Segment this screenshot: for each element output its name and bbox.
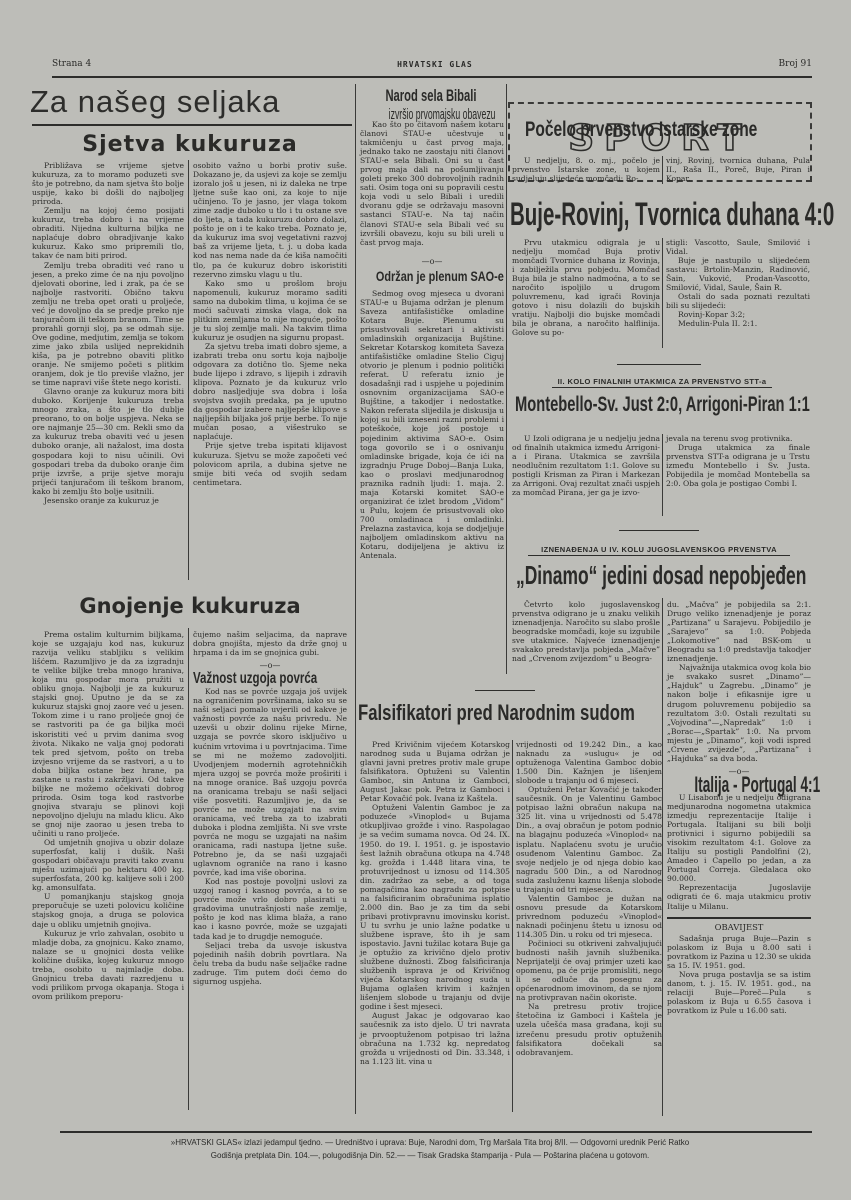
buje-col2: stigli: Vascotto, Saule, Smilović i Vida… <box>666 238 810 328</box>
paragraph: Pred Krivičnim vijećem Kotarskog narodno… <box>360 740 510 803</box>
article-title-italija: Italija - Portugal 4:1 <box>694 780 783 789</box>
falsifikatori-col1: Pred Krivičnim vijećem Kotarskog narodno… <box>360 740 510 1066</box>
dinamo-headline: „Dinamo“ jedini dosad nepobjeđen <box>516 560 826 591</box>
article-title-buje: Buje-Rovinj, Tvornica duhana 4:0 <box>510 196 708 233</box>
paragraph: osobito važno u borbi protiv suše. Dokaz… <box>193 161 347 279</box>
paragraph: Sedmog ovog mjeseca u dvorani STAU-e u B… <box>360 289 504 560</box>
column-divider <box>355 84 356 1114</box>
imprint-line-2: Godišnja pretplata Din. 104.—, polugodiš… <box>60 1149 800 1162</box>
article-title-istra: Počelo prvenstvo Istarske zone <box>525 118 747 142</box>
article-title-falsifikatori: Falsifikatori pred Narodnim sudom <box>358 700 594 726</box>
imprint-line-1: »HRVATSKI GLAS« izlazi jedampul tjedno. … <box>60 1136 800 1149</box>
result-line: Rovinj-Kopar 3:2; <box>666 310 810 319</box>
article-title-sjetva: Sjetva kukuruza <box>30 132 350 157</box>
bibali-headline: Narod sela Bibali izvršio prvomajsku oba… <box>358 86 504 123</box>
paragraph: Glavno oranje za kukuruz mora biti dubok… <box>32 387 184 496</box>
paragraph: Buje je nastupilo u slijedećem sastavu: … <box>666 256 810 292</box>
paragraph: Valentin Gamboc je dužan na osnovu presu… <box>516 894 662 939</box>
banner-rule <box>32 124 352 126</box>
paragraph: Sadašnja pruga Buje—Pazin s polaskom iz … <box>667 934 811 970</box>
result-line: Medulin-Pula II. 2:1. <box>666 319 810 328</box>
gnojenje-col1: Prema ostalim kulturnim biljkama, koje s… <box>32 630 184 1001</box>
paragraph: Kao što po čitavom našem kotaru članovi … <box>360 120 504 247</box>
paragraph: Nova pruga postavlja se sa istim danom, … <box>667 970 811 1015</box>
imprint: »HRVATSKI GLAS« izlazi jedampul tjedno. … <box>60 1136 800 1162</box>
separator: —o— <box>193 661 347 670</box>
istra-col1: U nedjelju, 8. o. mj., počelo je prvenst… <box>512 156 660 183</box>
paragraph: Prvu utakmicu odigrala je u nedjelju mom… <box>512 238 660 338</box>
paragraph: Zemlju na kojoj ćemo posijati kukuruz, t… <box>32 206 184 260</box>
notice-title: OBAVIJEST <box>667 923 811 932</box>
falsifikatori-headline: Falsifikatori pred Narodnim sudom <box>358 700 668 726</box>
paragraph: stigli: Vascotto, Saule, Smilović i Vida… <box>666 238 810 256</box>
article-title-plenum: Održan je plenum SAO-e <box>376 272 488 281</box>
paragraph: Počinioci su otkriveni zahvaljujući budn… <box>516 939 662 1002</box>
article-title-dinamo: „Dinamo“ jedini dosad nepobjeđen <box>516 560 724 591</box>
paragraph: Prema ostalim kulturnim biljkama, koje s… <box>32 630 184 838</box>
paragraph: Reprezentacija Jugoslavije odigrati će 6… <box>667 883 811 910</box>
kicker-dinamo: IZNENAĐENJA U IV. KOLU JUGOSLAVENSKOG PR… <box>528 545 790 556</box>
separator: —o— <box>360 257 504 266</box>
column-divider <box>188 628 189 1110</box>
buje-col1: Prvu utakmicu odigrala je u nedjelju mom… <box>512 238 660 338</box>
running-header: Strana 4 HRVATSKI GLAS Broj 91 <box>52 56 812 72</box>
paragraph: Optuženi Petar Kovačić je također saučes… <box>516 785 662 894</box>
dinamo-col1: Četvrto kolo jugoslavenskog prvenstva od… <box>512 600 660 663</box>
paragraph: du. „Mačva” je pobijedila sa 2:1. Drugo … <box>667 600 811 663</box>
issue-number: Broj 91 <box>779 59 812 69</box>
paragraph: U Izoli odigrana je u nedjelju jedna od … <box>512 434 660 497</box>
column-divider <box>662 156 663 184</box>
bibali-text: Kao što po čitavom našem kotaru članovi … <box>360 120 504 560</box>
falsifikatori-col2: vrijednosti od 19.242 Din., a kao naknad… <box>516 740 662 1057</box>
paragraph: vrijednosti od 19.242 Din., a kao naknad… <box>516 740 662 785</box>
paragraph: Za sjetvu treba imati dobro sjeme, a iza… <box>193 342 347 442</box>
dinamo-col2: du. „Mačva” je pobijedila sa 2:1. Drugo … <box>667 600 811 1015</box>
paragraph: U pomanjkanju stajskog gnoja preporučuje… <box>32 892 184 928</box>
header-rule <box>52 76 812 78</box>
paragraph: Druga utakmica za finale prvenstva STT-a… <box>666 443 810 488</box>
paragraph: Najvažnija utakmica ovog kola bio je sva… <box>667 663 811 763</box>
sjetva-col1: Približava se vrijeme sjetve kukuruza, z… <box>32 161 184 505</box>
separator-rule <box>619 530 699 531</box>
paragraph: vinj, Rovinj, tvornica duhana, Pula II.,… <box>666 156 810 183</box>
section-banner: Za našeg seljaka <box>30 84 352 120</box>
paragraph: Kod nas postoje povoljni uslovi za uzgoj… <box>193 877 347 940</box>
column-divider <box>506 84 507 674</box>
paragraph: Kako smo u prošlom broju napomenuli, kuk… <box>193 279 347 342</box>
paragraph: čujemo našim seljacima, da naprave dobra… <box>193 630 347 657</box>
separator-rule <box>475 690 535 691</box>
stt-col2: jevala na terenu svog protivnika. Druga … <box>666 434 810 488</box>
bibali-title-line1: Narod sela Bibali <box>385 86 476 106</box>
sjetva-col2: osobito važno u borbi protiv suše. Dokaz… <box>193 161 347 487</box>
column-divider <box>662 598 663 1116</box>
paragraph: Prije sjetve treba ispitati klijavost ku… <box>193 441 347 486</box>
kicker-stt: II. KOLO FINALNIH UTAKMICA ZA PRVENSTVO … <box>552 377 772 388</box>
paragraph: Ostali do sada poznati rezultati bili su… <box>666 292 810 310</box>
column-divider <box>512 740 513 1112</box>
newspaper-page: Strana 4 HRVATSKI GLAS Broj 91 Za našeg … <box>0 0 851 1200</box>
paragraph: Optuženi Valentin Gamboc je za poduzeće … <box>360 803 510 1011</box>
paragraph: Jesensko oranje za kukuruz je <box>32 496 184 505</box>
paragraph: August Jakac je odgovarao kao saučesnik … <box>360 1011 510 1065</box>
istra-col2: vinj, Rovinj, tvornica duhana, Pula II.,… <box>666 156 810 183</box>
paragraph: U Lisabonu je u nedjelju odigrana medjun… <box>667 793 811 883</box>
masthead: HRVATSKI GLAS <box>397 60 473 69</box>
article-title-povrce: Važnost uzgoja povrća <box>193 674 304 683</box>
stt-col1: U Izoli odigrana je u nedjelju jedna od … <box>512 434 660 497</box>
article-title-stt: Montebello-Sv. Just 2:0, Arrigoni-Piran … <box>515 393 732 417</box>
paragraph: Od umjetnih gnojiva u obzir dolaze super… <box>32 838 184 892</box>
paragraph: Kukuruz je vrlo zahvalan, osobito u mlad… <box>32 929 184 1001</box>
gnojenje-col2: čujemo našim seljacima, da naprave dobra… <box>193 630 347 986</box>
paragraph: Seljaci treba da usvoje iskustva pojedin… <box>193 941 347 986</box>
obavijest-rule <box>667 917 811 919</box>
paragraph: jevala na terenu svog protivnika. <box>666 434 810 443</box>
dinamo-kicker-wrap: IZNENAĐENJA U IV. KOLU JUGOSLAVENSKOG PR… <box>528 545 790 556</box>
paragraph: Zemlju treba obraditi već rano u jesen, … <box>32 261 184 388</box>
column-divider <box>188 160 189 580</box>
footer-rule <box>60 1131 812 1133</box>
istra-headline: Počelo prvenstvo Istarske zone <box>525 118 825 142</box>
paragraph: Na pretresu protiv trojice štetočina iz … <box>516 1002 662 1056</box>
stt-kicker-wrap: II. KOLO FINALNIH UTAKMICA ZA PRVENSTVO … <box>552 377 772 388</box>
column-divider <box>662 238 663 348</box>
paragraph: Kod nas se povrće uzgaja još uvijek na o… <box>193 687 347 877</box>
separator-rule <box>617 364 701 365</box>
stt-headline: Montebello-Sv. Just 2:0, Arrigoni-Piran … <box>515 393 825 417</box>
paragraph: Četvrto kolo jugoslavenskog prvenstva od… <box>512 600 660 663</box>
article-title-gnojenje: Gnojenje kukuruza <box>30 594 350 618</box>
buje-headline: Buje-Rovinj, Tvornica duhana 4:0 <box>510 196 820 233</box>
paragraph: Približava se vrijeme sjetve kukuruza, z… <box>32 161 184 206</box>
page-number: Strana 4 <box>52 59 91 69</box>
paragraph: U nedjelju, 8. o. mj., počelo je prvenst… <box>512 156 660 183</box>
column-divider <box>662 434 663 516</box>
